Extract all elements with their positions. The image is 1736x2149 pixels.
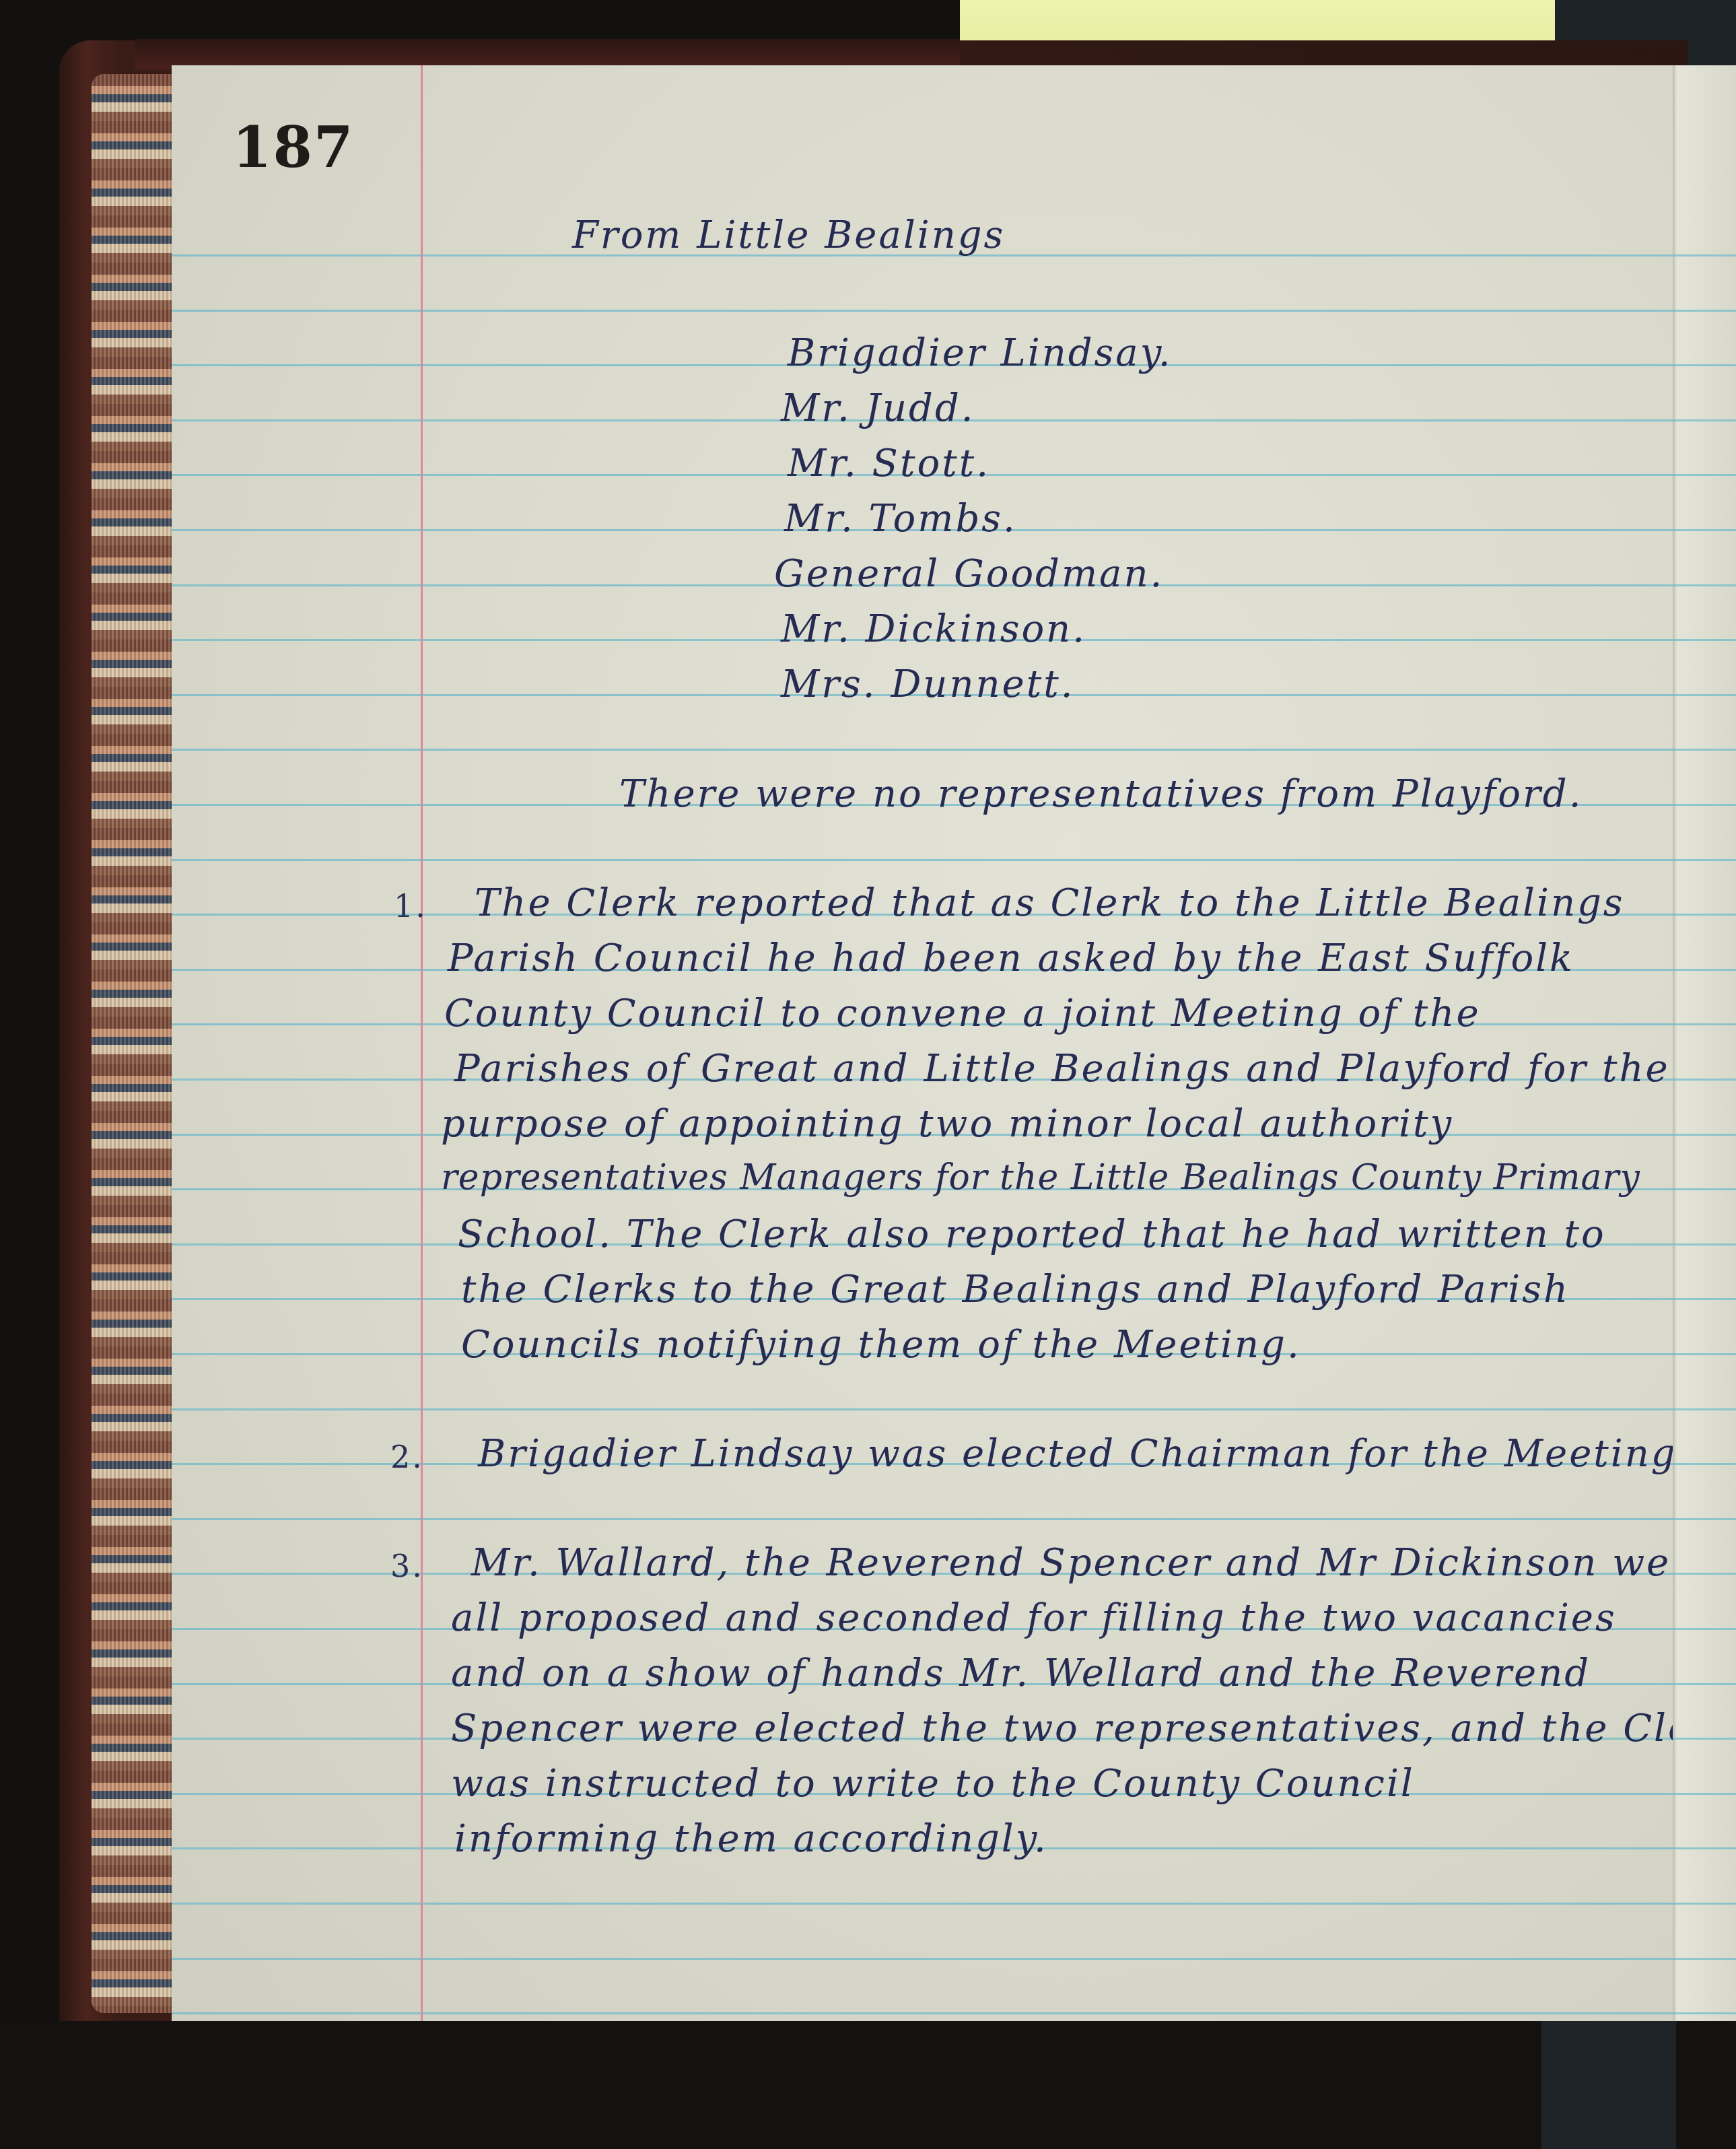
minute-number: 3. [390, 1548, 424, 1584]
ledger-page: 187 From Little Bealings Brigadier Linds… [172, 65, 1673, 2021]
ruled-line [1673, 1793, 1736, 1795]
ruled-line [1673, 1518, 1736, 1520]
ruled-line [1673, 474, 1736, 476]
ruled-line [1673, 1738, 1736, 1740]
ruled-line [172, 1903, 1673, 1905]
ruled-line [1673, 1903, 1736, 1905]
ruled-line [1673, 1353, 1736, 1355]
margin-line [421, 65, 423, 2021]
minute-line: The Clerk reported that as Clerk to the … [475, 881, 1625, 925]
ruled-line [1673, 1573, 1736, 1575]
minute-line: School. The Clerk also reported that he … [458, 1213, 1606, 1256]
attendee-name: Mr. Stott. [788, 442, 990, 485]
ruled-line [1673, 1243, 1736, 1246]
ruled-line [1673, 804, 1736, 806]
playford-note: There were no representatives from Playf… [619, 772, 1583, 816]
ruled-line [172, 1408, 1673, 1410]
marbled-page-edges [92, 74, 176, 2013]
background-strip-bottom [1541, 2021, 1676, 2149]
minute-number: 2. [390, 1439, 424, 1475]
ruled-line [1673, 310, 1736, 312]
ruled-line [172, 749, 1673, 751]
minute-line: Mr. Wallard, the Reverend Spencer and Mr… [471, 1541, 1673, 1585]
minute-line: purpose of appointing two minor local au… [441, 1102, 1453, 1146]
ruled-line [172, 859, 1673, 861]
minute-line: Councils notifying them of the Meeting. [461, 1323, 1301, 1367]
ruled-line [1673, 1958, 1736, 1960]
ruled-line [1673, 1463, 1736, 1465]
ruled-line [1673, 1079, 1736, 1081]
ruled-line [1673, 1134, 1736, 1136]
ruled-line [1673, 749, 1736, 751]
ruled-line [1673, 1298, 1736, 1300]
minute-line: Parish Council he had been asked by the … [448, 936, 1574, 980]
ruled-line [1673, 364, 1736, 366]
ruled-line [1673, 254, 1736, 257]
ruled-line [1673, 859, 1736, 861]
minute-line: informing them accordingly. [454, 1817, 1048, 1861]
ruled-line [1673, 1188, 1736, 1190]
ruled-line [1673, 694, 1736, 696]
ruled-line [1673, 584, 1736, 586]
ruled-line [1673, 2012, 1736, 2014]
ruled-line [1673, 529, 1736, 531]
attendee-name: Mr. Dickinson. [781, 607, 1086, 651]
attendee-name: Mr. Tombs. [784, 497, 1017, 541]
ruled-line [1673, 914, 1736, 916]
ruled-line [1673, 1847, 1736, 1849]
minute-line: Parishes of Great and Little Bealings an… [454, 1047, 1670, 1091]
minute-line: the Clerks to the Great Bealings and Pla… [461, 1268, 1570, 1311]
ruled-line [1673, 1408, 1736, 1410]
ruled-line [172, 310, 1673, 312]
facing-page-edge [1673, 65, 1736, 2021]
background-bottom [0, 2021, 1736, 2149]
ruled-line [1673, 1628, 1736, 1630]
minute-line: Spencer were elected the two representat… [451, 1707, 1673, 1750]
minute-line: and on a show of hands Mr. Wellard and t… [451, 1651, 1591, 1695]
minute-line: Brigadier Lindsay was elected Chairman f… [478, 1432, 1673, 1476]
minute-line: was instructed to write to the County Co… [451, 1762, 1415, 1806]
attendance-heading: From Little Bealings [572, 213, 1005, 257]
ruled-line [1673, 969, 1736, 971]
ruled-line [1673, 1023, 1736, 1025]
page-number: 187 [232, 114, 354, 180]
ruled-line [1673, 419, 1736, 421]
ruled-line [1673, 1683, 1736, 1685]
minute-line: all proposed and seconded for filling th… [451, 1596, 1617, 1640]
minute-line: representatives Managers for the Little … [441, 1157, 1640, 1198]
attendee-name: General Goodman. [774, 552, 1164, 596]
ruled-line [172, 2012, 1673, 2014]
minute-number: 1. [394, 888, 427, 924]
ruled-line [172, 1958, 1673, 1960]
ruled-line [172, 1518, 1673, 1520]
minute-line: County Council to convene a joint Meetin… [444, 992, 1481, 1035]
attendee-name: Mr. Judd. [781, 386, 975, 430]
attendee-name: Mrs. Dunnett. [781, 662, 1075, 706]
attendee-name: Brigadier Lindsay. [788, 331, 1173, 375]
ruled-line [1673, 639, 1736, 641]
